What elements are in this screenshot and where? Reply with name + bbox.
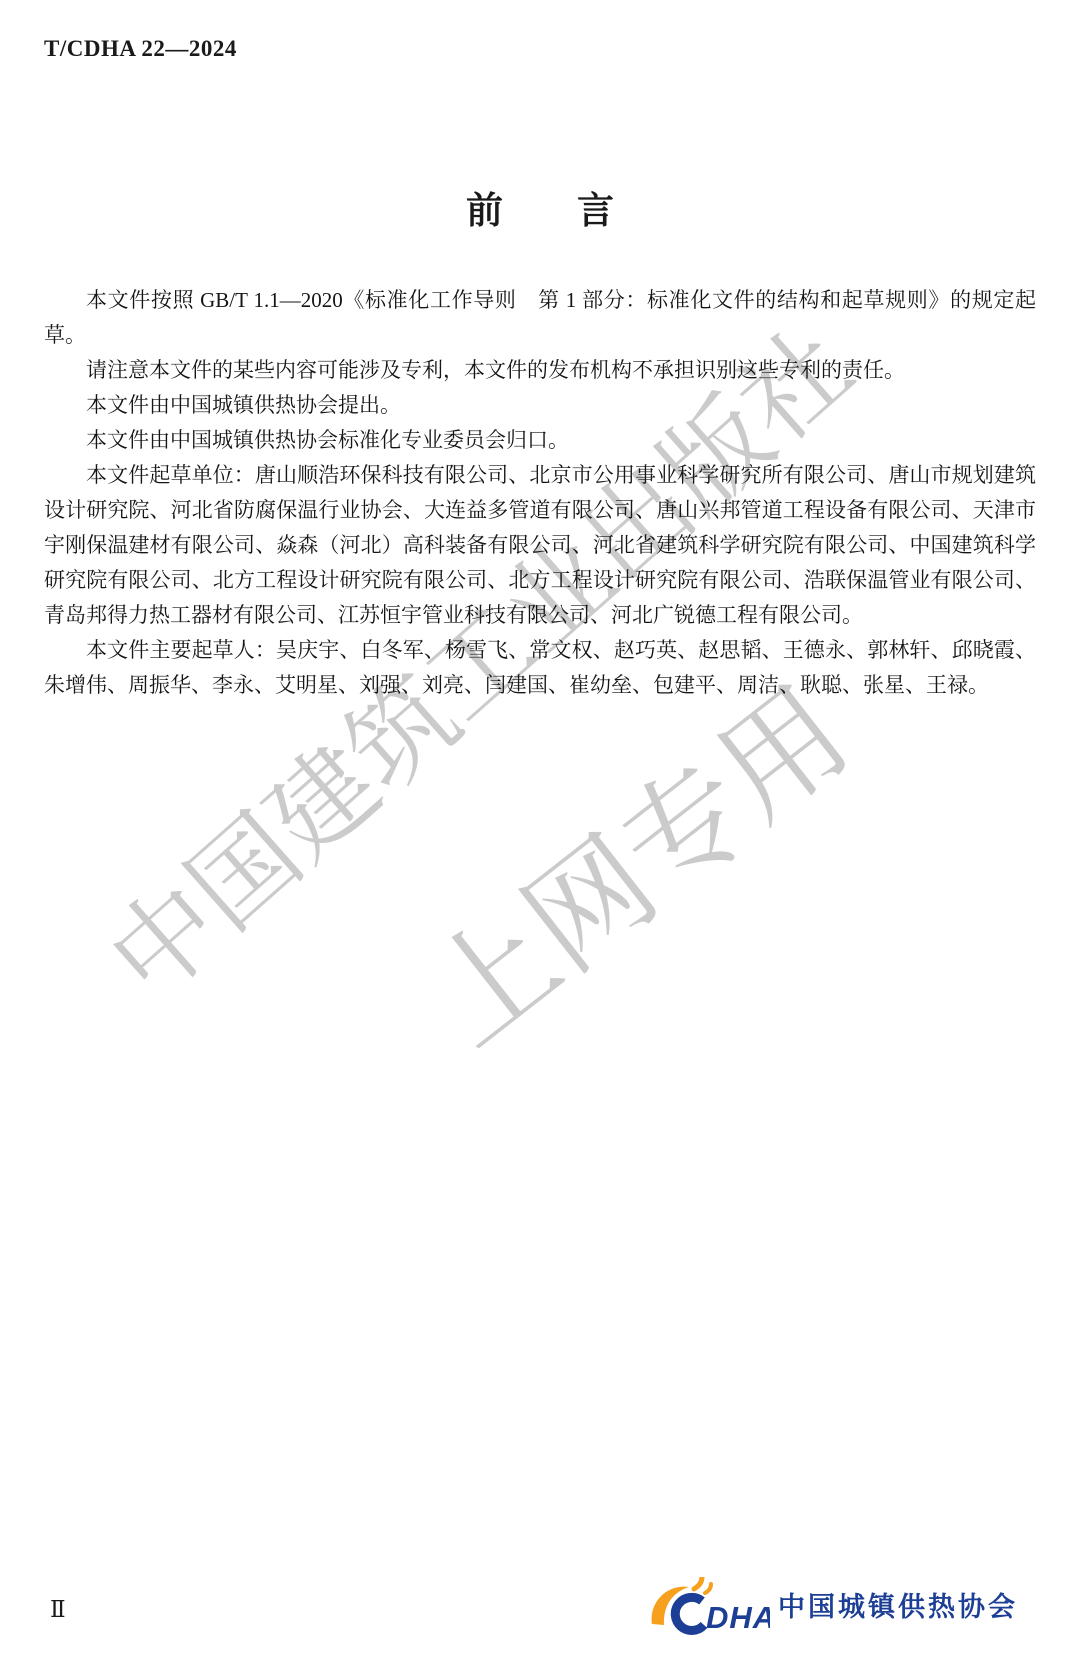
watermark-online-use: 上网专用 <box>386 639 878 1077</box>
cdha-logo-icon: DHA <box>642 1577 770 1635</box>
paragraph-centralized-by: 本文件由中国城镇供热协会标准化专业委员会归口。 <box>44 423 1036 458</box>
foreword-title: 前 言 <box>0 180 1080 234</box>
page-number: Ⅱ <box>50 1597 66 1623</box>
paragraph-proposed-by: 本文件由中国城镇供热协会提出。 <box>44 388 1036 423</box>
paragraph-drafting-organizations: 本文件起草单位：唐山顺浩环保科技有限公司、北京市公用事业科学研究所有限公司、唐山… <box>44 458 1036 633</box>
association-name: 中国城镇供热协会 <box>778 1585 1018 1628</box>
document-page: 中国建筑工业出版社 上网专用 T/CDHA 22—2024 前 言 本文件按照 … <box>0 0 1080 1665</box>
paragraph-main-drafters: 本文件主要起草人：吴庆宇、白冬军、杨雪飞、常文权、赵巧英、赵思韬、王德永、郭林轩… <box>44 633 1036 703</box>
paragraph-patent-notice: 请注意本文件的某些内容可能涉及专利，本文件的发布机构不承担识别这些专利的责任。 <box>44 353 1036 388</box>
paragraph-drafting-rules: 本文件按照 GB/T 1.1—2020《标准化工作导则 第 1 部分：标准化文件… <box>44 283 1036 353</box>
foreword-body: 本文件按照 GB/T 1.1—2020《标准化工作导则 第 1 部分：标准化文件… <box>44 283 1036 703</box>
standard-number: T/CDHA 22—2024 <box>44 36 237 62</box>
logo-acronym-text: DHA <box>706 1600 770 1635</box>
association-logo: DHA 中国城镇供热协会 <box>642 1577 1018 1635</box>
